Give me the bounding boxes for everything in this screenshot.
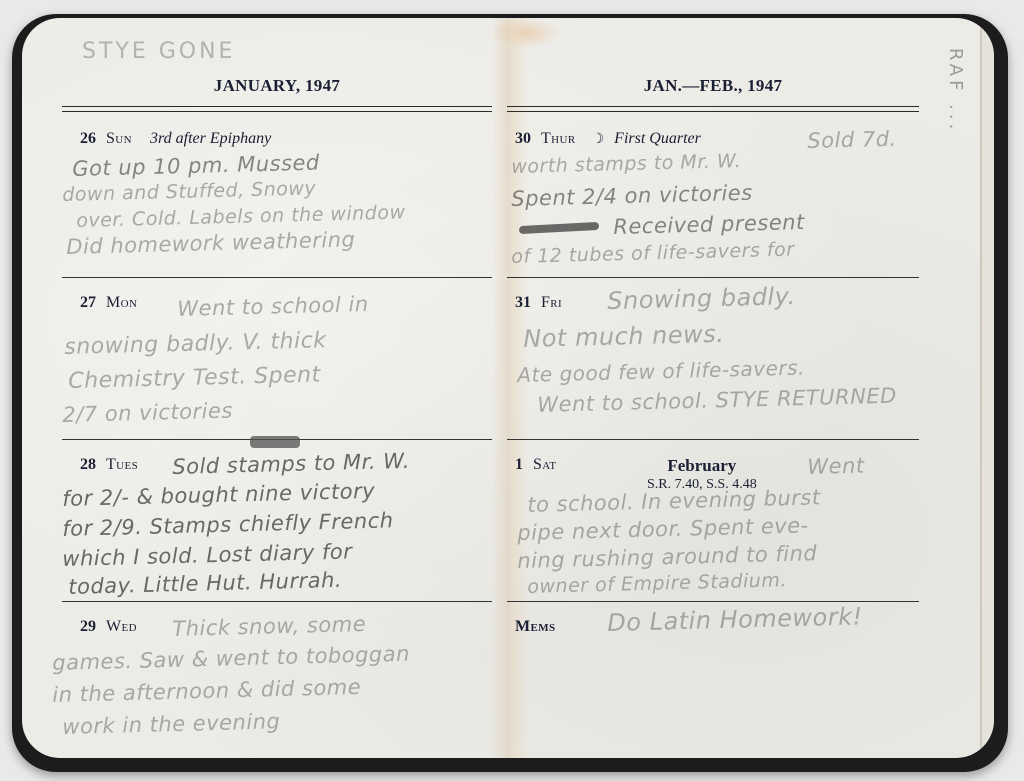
day-weekday: Thur xyxy=(541,130,576,147)
mems-heading: Mems xyxy=(515,618,556,636)
handwriting-line: owner of Empire Stadium. xyxy=(527,567,787,601)
handwriting-line: worth stamps to Mr. W. xyxy=(511,148,742,181)
mems-label: Mems xyxy=(515,618,556,635)
diary-spread: STYE GONE RAF ... JANUARY, 1947 26 Sun 3… xyxy=(22,18,994,758)
scribbled-out-text xyxy=(519,222,599,234)
mems-section: Mems Do Latin Homework! xyxy=(507,602,919,758)
handwriting-line: Do Latin Homework! xyxy=(607,603,863,637)
handwriting-line: Sold 7d. xyxy=(807,126,897,155)
day-weekday: Fri xyxy=(541,294,562,311)
day-weekday: Wed xyxy=(106,618,137,635)
day-weekday: Tues xyxy=(106,456,138,473)
handwriting-line: Thick snow, some xyxy=(172,611,366,643)
handwriting-line: today. Little Hut. Hurrah. xyxy=(68,567,342,601)
day-entry-26: 26 Sun 3rd after Epiphany Got up 10 pm. … xyxy=(62,114,492,278)
day-heading: 27 Mon xyxy=(80,294,137,312)
handwriting-line: Sold stamps to Mr. W. xyxy=(172,448,410,481)
handwriting-line: games. Saw & went to toboggan xyxy=(52,641,410,677)
handwriting-line: Not much news. xyxy=(523,321,725,353)
day-weekday: Sat xyxy=(533,456,557,473)
handwriting-line: of 12 tubes of life-savers for xyxy=(511,237,795,271)
day-number: 29 xyxy=(80,618,96,635)
page-edge xyxy=(980,18,994,758)
day-number: 26 xyxy=(80,130,96,147)
handwritten-margin-note: RAF ... xyxy=(945,48,966,133)
day-heading: 1 Sat xyxy=(515,456,557,474)
page-title: JANUARY, 1947 xyxy=(62,76,492,96)
day-entry-28: 28 Tues Sold stamps to Mr. W. for 2/- & … xyxy=(62,440,492,602)
day-entry-29: 29 Wed Thick snow, some games. Saw & wen… xyxy=(62,602,492,758)
month-name: February xyxy=(647,456,757,476)
day-number: 30 xyxy=(515,130,531,147)
page-title: JAN.—FEB., 1947 xyxy=(507,76,919,96)
handwriting-line: Snowing badly. xyxy=(607,283,796,315)
handwriting-line: Went to school. STYE RETURNED xyxy=(537,383,897,419)
day-number: 28 xyxy=(80,456,96,473)
handwriting-line: for 2/- & bought nine victory xyxy=(62,478,375,513)
day-heading: 31 Fri xyxy=(515,294,562,312)
handwriting-line: Went to school in xyxy=(177,291,369,323)
day-heading: 26 Sun 3rd after Epiphany xyxy=(80,130,271,148)
handwriting-line: Spent 2/4 on victories xyxy=(511,180,753,213)
handwriting-line: in the afternoon & did some xyxy=(52,674,361,709)
handwriting-line: work in the evening xyxy=(62,708,281,741)
left-page: JANUARY, 1947 26 Sun 3rd after Epiphany … xyxy=(62,18,492,758)
day-heading: 30 Thur ☽ First Quarter xyxy=(515,130,701,148)
handwriting-line: Went xyxy=(807,453,865,481)
day-number: 31 xyxy=(515,294,531,311)
day-entry-31: 31 Fri Snowing badly. Not much news. Ate… xyxy=(507,278,919,440)
liturgical-note: 3rd after Epiphany xyxy=(150,130,271,147)
moon-phase-icon: ☽ xyxy=(592,132,605,147)
right-page: JAN.—FEB., 1947 30 Thur ☽ First Quarter … xyxy=(507,18,919,758)
moon-phase-note: First Quarter xyxy=(614,130,701,147)
day-heading: 29 Wed xyxy=(80,618,137,636)
day-number: 1 xyxy=(515,456,523,473)
day-entry-27: 27 Mon Went to school in snowing badly. … xyxy=(62,278,492,440)
day-number: 27 xyxy=(80,294,96,311)
day-heading: 28 Tues xyxy=(80,456,138,474)
header-double-rule xyxy=(62,106,492,112)
handwriting-line: snowing badly. V. thick xyxy=(64,327,327,361)
day-weekday: Sun xyxy=(106,130,132,147)
day-entry-1-feb: 1 Sat February S.R. 7.40, S.S. 4.48 Went… xyxy=(507,440,919,602)
handwriting-line: 2/7 on victories xyxy=(62,398,233,429)
handwriting-line: Ate good few of life-savers. xyxy=(517,354,805,389)
handwriting-line: Chemistry Test. Spent xyxy=(68,361,321,395)
header-double-rule xyxy=(507,106,919,112)
day-weekday: Mon xyxy=(106,294,137,311)
day-entry-30: 30 Thur ☽ First Quarter Sold 7d. worth s… xyxy=(507,114,919,278)
